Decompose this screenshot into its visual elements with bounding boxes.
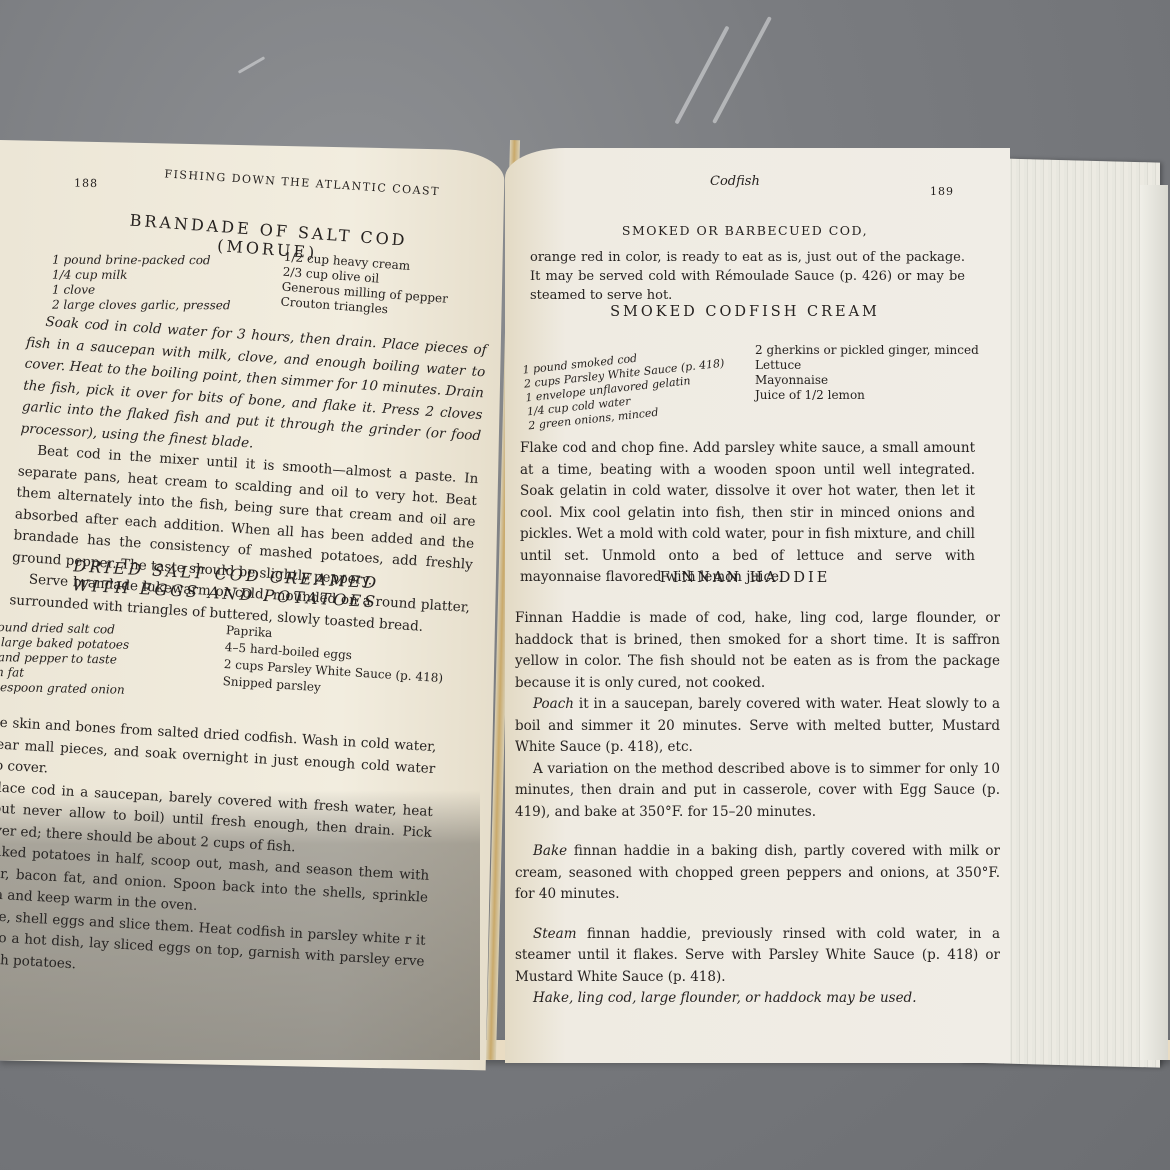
paragraph: A variation on the method described abov…: [515, 759, 1000, 824]
page-number: 189: [930, 185, 954, 198]
running-head: Codfish: [710, 174, 760, 189]
page-number: 188: [74, 177, 98, 190]
recipe-title: FINNAN HADDIE: [565, 570, 925, 586]
paragraph: Poach it in a saucepan, barely covered w…: [515, 694, 1000, 759]
recipe-method: orange red in color, is ready to eat as …: [530, 248, 965, 305]
recipe-method: Finnan Haddie is made of cod, hake, ling…: [515, 608, 1000, 1010]
paragraph: Steam finnan haddie, previously rinsed w…: [515, 924, 1000, 989]
ingredient: Juice of 1/2 lemon: [755, 388, 979, 403]
left-page: 188 FISHING DOWN THE ATLANTIC COAST BRAN…: [0, 140, 505, 1070]
paragraph-lead: Bake: [533, 843, 567, 859]
paragraph-text: it in a saucepan, barely covered with wa…: [515, 696, 1000, 755]
ingredient-list-left: pound dried salt cod 5 large baked potat…: [0, 620, 130, 698]
ingredient-list-right: Paprika 4–5 hard-boiled eggs 2 cups Pars…: [222, 622, 446, 704]
paragraph: Flake cod and chop fine. Add parsley whi…: [520, 438, 975, 589]
ingredient: 1 clove: [52, 283, 231, 299]
paragraph: Hake, ling cod, large flounder, or haddo…: [515, 988, 1000, 1010]
ingredient: Mayonnaise: [755, 373, 979, 388]
ingredient: Lettuce: [755, 358, 979, 373]
running-head: FISHING DOWN THE ATLANTIC COAST: [164, 167, 440, 198]
paragraph: Bake finnan haddie in a baking dish, par…: [515, 841, 1000, 906]
paragraph-lead: Poach: [533, 696, 574, 712]
recipe-method: ve skin and bones from salted dried codf…: [0, 712, 437, 994]
concrete-scratch: [238, 56, 265, 74]
paragraph-text: finnan haddie in a baking dish, partly c…: [515, 843, 1000, 902]
ingredient: 2 gherkins or pickled ginger, minced: [755, 343, 979, 358]
ingredient-list-right: 2 gherkins or pickled ginger, minced Let…: [755, 343, 979, 403]
ingredient: 1 pound brine-packed cod: [52, 253, 231, 269]
ingredient-list-right: 1/2 cup heavy cream 2/3 cup olive oil Ge…: [280, 250, 451, 322]
ingredient-list-left: 1 pound brine-packed cod 1/4 cup milk 1 …: [52, 253, 231, 314]
book-cover-right: [1140, 185, 1168, 1060]
ingredient: 1/4 cup milk: [52, 268, 231, 284]
paragraph: Finnan Haddie is made of cod, hake, ling…: [515, 608, 1000, 694]
paragraph: orange red in color, is ready to eat as …: [530, 248, 965, 305]
photo-scene: 188 FISHING DOWN THE ATLANTIC COAST BRAN…: [0, 0, 1170, 1170]
recipe-method: Flake cod and chop fine. Add parsley whi…: [520, 438, 975, 589]
ingredient: 2 large cloves garlic, pressed: [52, 298, 231, 314]
ingredient: blespoon grated onion: [0, 680, 128, 698]
ingredient-list-left: 1 pound smoked cod 2 cups Parsley White …: [522, 343, 730, 434]
right-page: Codfish 189 SMOKED OR BARBECUED COD, ora…: [505, 148, 1010, 1063]
recipe-title: SMOKED OR BARBECUED COD,: [565, 223, 925, 238]
recipe-title: SMOKED CODFISH CREAM: [565, 304, 925, 320]
paragraph-text: finnan haddie, previously rinsed with co…: [515, 926, 1000, 985]
paragraph-lead: Steam: [533, 926, 577, 942]
